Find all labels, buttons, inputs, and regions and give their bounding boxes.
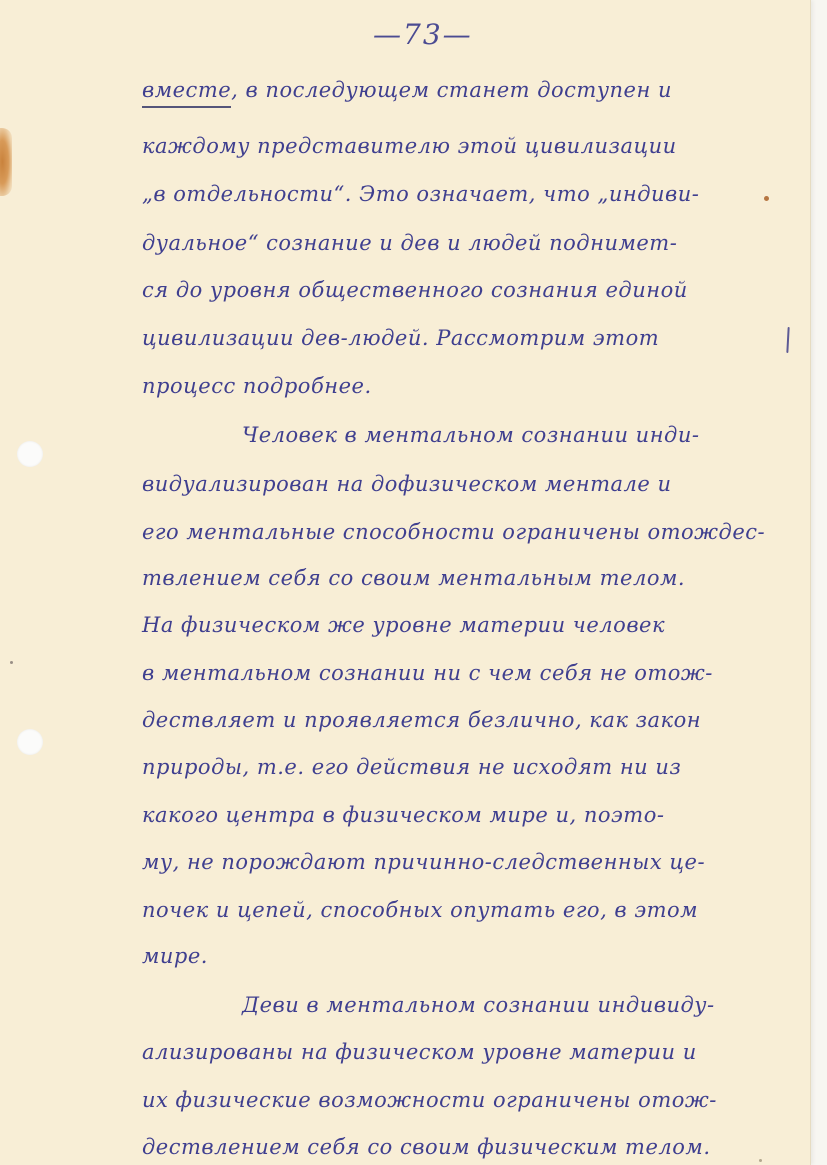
margin-pen-mark xyxy=(786,327,789,353)
punch-hole-icon xyxy=(17,729,43,755)
text-line: ся до уровня общественного сознания един… xyxy=(142,278,688,302)
text-line: процесс подробнее. xyxy=(142,374,372,398)
underlined-word: вместе xyxy=(142,78,231,108)
text-line: Деви в ментальном сознании индивиду- xyxy=(242,993,715,1017)
text-line: их физические возможности ограничены ото… xyxy=(142,1088,717,1112)
manuscript-page: —73— вместе, в последующем станет доступ… xyxy=(0,0,810,1165)
text-line: мире. xyxy=(142,944,208,968)
text-line: природы, т.е. его действия не исходят ни… xyxy=(142,755,681,779)
text-line: видуализирован на дофизическом ментале и xyxy=(142,472,672,496)
text-line: цивилизации дев-людей. Рассмотрим этот xyxy=(142,326,659,350)
ink-speck xyxy=(764,196,769,201)
text-line: дествляет и проявляется безлично, как за… xyxy=(142,708,701,732)
ink-speck xyxy=(10,661,13,664)
text-line: ализированы на физическом уровне материи… xyxy=(142,1040,697,1064)
page-number: —73— xyxy=(373,18,473,51)
text-line: дуальное“ сознание и дев и людей подниме… xyxy=(142,231,677,255)
text-line: На физическом же уровне материи человек xyxy=(142,613,665,637)
paper-stain xyxy=(0,128,12,196)
text-line: его ментальные способности ограничены от… xyxy=(142,520,765,544)
punch-hole-icon xyxy=(17,441,43,467)
text-line: вместе, в последующем станет доступен и xyxy=(142,78,672,102)
text-line: каждому представителю этой цивилизации xyxy=(142,134,677,158)
text-line: Человек в ментальном сознании инди- xyxy=(242,423,699,447)
ink-speck xyxy=(759,1159,762,1162)
text-line: „в отдельности“. Это означает, что „инди… xyxy=(142,182,699,206)
text-line: твлением себя со своим ментальным телом. xyxy=(142,566,685,590)
text-line: в ментальном сознании ни с чем себя не о… xyxy=(142,661,713,685)
text-line: дествлением себя со своим физическим тел… xyxy=(142,1135,711,1159)
text-line: какого центра в физическом мире и, поэто… xyxy=(142,803,664,827)
text-line: почек и цепей, способных опутать его, в … xyxy=(142,898,698,922)
text-line: му, не порождают причинно-следственных ц… xyxy=(142,850,705,874)
